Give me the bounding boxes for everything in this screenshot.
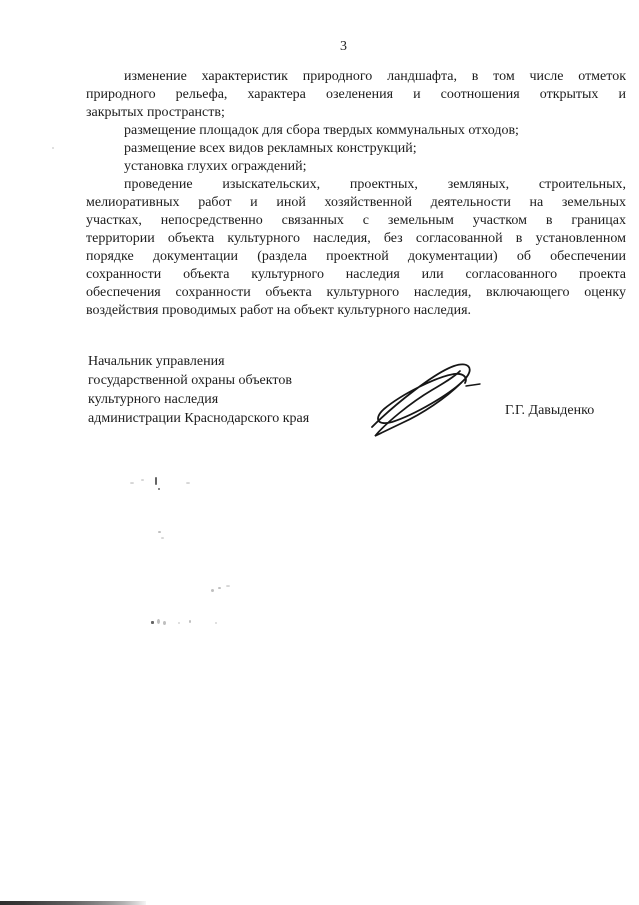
- scan-speck: [163, 621, 166, 625]
- text-line: размещение всех видов рекламных конструк…: [86, 140, 626, 158]
- text-line: участках, непосредственно связанных с зе…: [86, 212, 626, 230]
- scan-speck: [155, 477, 157, 485]
- text-line: размещение площадок для сбора твердых ко…: [86, 122, 626, 140]
- scan-speck: [226, 585, 230, 587]
- text-line: установка глухих ограждений;: [86, 158, 626, 176]
- signatory-title-line: администрации Краснодарского края: [88, 409, 388, 428]
- text-line: природного рельефа, характера озеленения…: [86, 86, 626, 104]
- scan-speck: [161, 537, 164, 539]
- signatory-title: Начальник управления государственной охр…: [88, 352, 388, 428]
- signatory-title-line: Начальник управления: [88, 352, 388, 371]
- scan-speck: [158, 531, 161, 533]
- scan-speck: [52, 147, 54, 149]
- scan-speck: [186, 482, 190, 484]
- scan-speck: [211, 589, 214, 592]
- scan-edge-artifact: [0, 901, 146, 905]
- handwritten-signature: [360, 353, 484, 441]
- text-line: сохранности объекта культурного наследия…: [86, 266, 626, 284]
- signatory-title-line: государственной охраны объектов: [88, 371, 388, 390]
- scan-speck: [215, 622, 217, 624]
- text-line: проведение изыскательских, проектных, зе…: [86, 176, 626, 194]
- document-body: изменение характеристик природного ландш…: [86, 68, 626, 320]
- scan-speck: [178, 622, 180, 624]
- scan-speck: [218, 587, 221, 589]
- signatory-name: Г.Г. Давыденко: [505, 403, 594, 419]
- signatory-title-line: культурного наследия: [88, 390, 388, 409]
- page-number: 3: [340, 39, 347, 55]
- scan-speck: [157, 619, 160, 624]
- text-line: обеспечения сохранности объекта культурн…: [86, 284, 626, 302]
- text-line: мелиоративных работ и иной хозяйственной…: [86, 194, 626, 212]
- text-line: порядке документации (раздела проектной …: [86, 248, 626, 266]
- text-line: территории объекта культурного наследия,…: [86, 230, 626, 248]
- scan-speck: [141, 479, 144, 481]
- text-line: воздействия проводимых работ на объект к…: [86, 302, 626, 320]
- scan-speck: [189, 620, 191, 623]
- text-line: изменение характеристик природного ландш…: [86, 68, 626, 86]
- scan-speck: [130, 482, 134, 484]
- scan-speck: [151, 621, 154, 624]
- scan-speck: [158, 488, 160, 490]
- text-line: закрытых пространств;: [86, 104, 626, 122]
